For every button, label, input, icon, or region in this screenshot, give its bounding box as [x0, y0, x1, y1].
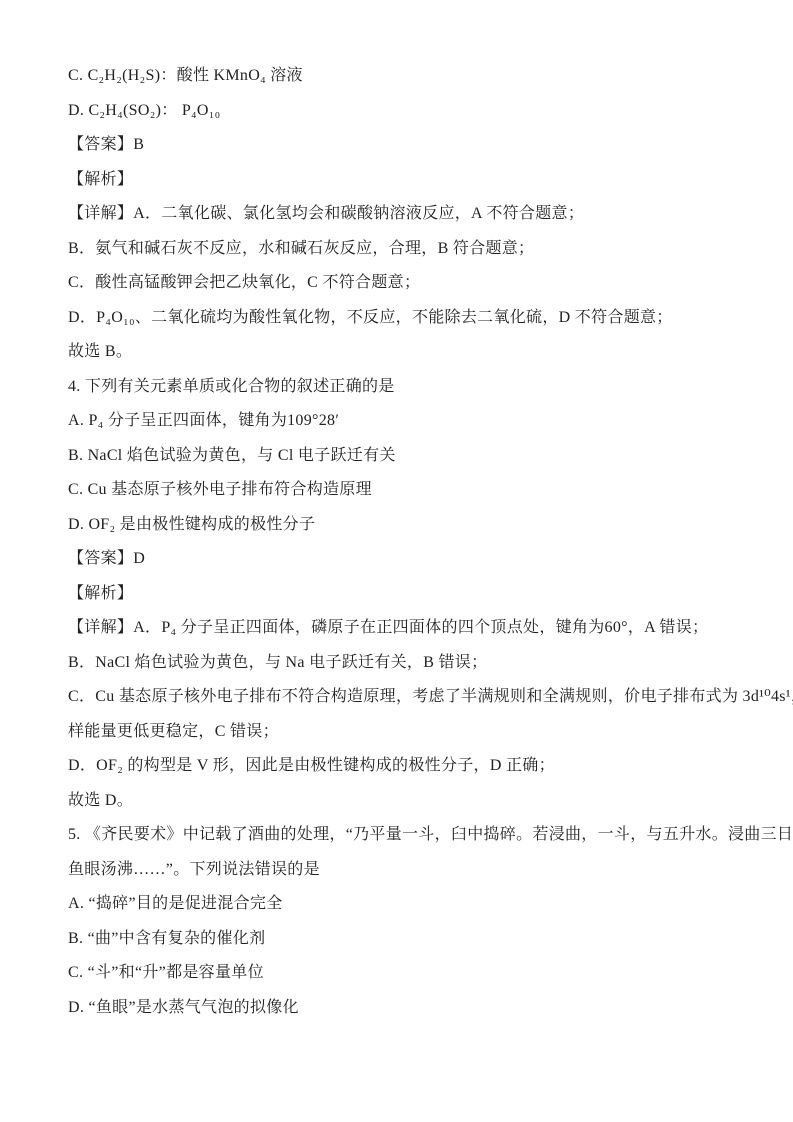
question-line: 5. 《齐民要术》中记载了酒曲的处理，“乃平量一斗，臼中捣碎。若浸曲，一斗，与五…: [68, 818, 753, 853]
conclusion-line: 故选 B。: [68, 335, 753, 370]
option-line: C. Cu 基态原子核外电子排布符合构造原理: [68, 473, 753, 508]
option-line: A. P₄ 分子呈正四面体，键角为109°28′: [68, 404, 753, 439]
analysis-label-line: 【解析】: [68, 163, 753, 198]
option-line: C. “斗”和“升”都是容量单位: [68, 956, 753, 991]
question-line: 鱼眼汤沸……”。下列说法错误的是: [68, 853, 753, 888]
option-line: B. “曲”中含有复杂的催化剂: [68, 922, 753, 957]
answer-line: 【答案】B: [68, 128, 753, 163]
analysis-line: B．氨气和碱石灰不反应，水和碱石灰反应，合理，B 符合题意；: [68, 232, 753, 267]
option-line: A. “捣碎”目的是促进混合完全: [68, 887, 753, 922]
analysis-label-line: 【解析】: [68, 577, 753, 612]
exam-document-page: C. C₂H₂(H₂S)：酸性 KMnO₄ 溶液D. C₂H₄(SO₂)： P₄…: [0, 0, 793, 1122]
option-line: D. OF₂ 是由极性键构成的极性分子: [68, 508, 753, 543]
document-body: C. C₂H₂(H₂S)：酸性 KMnO₄ 溶液D. C₂H₄(SO₂)： P₄…: [68, 59, 753, 1025]
analysis-line: 【详解】A．二氧化碳、氯化氢均会和碳酸钠溶液反应，A 不符合题意；: [68, 197, 753, 232]
answer-line: 【答案】D: [68, 542, 753, 577]
analysis-line: 样能量更低更稳定，C 错误；: [68, 715, 753, 750]
question-line: 4. 下列有关元素单质或化合物的叙述正确的是: [68, 370, 753, 405]
conclusion-line: 故选 D。: [68, 784, 753, 819]
option-line: C. C₂H₂(H₂S)：酸性 KMnO₄ 溶液: [68, 59, 753, 94]
analysis-line: C．Cu 基态原子核外电子排布不符合构造原理，考虑了半满规则和全满规则，价电子排…: [68, 680, 753, 715]
option-line: D. C₂H₄(SO₂)： P₄O₁₀: [68, 94, 753, 129]
analysis-line: D．P₄O₁₀、二氧化硫均为酸性氧化物，不反应，不能除去二氧化硫，D 不符合题意…: [68, 301, 753, 336]
analysis-line: D．OF₂ 的构型是 V 形，因此是由极性键构成的极性分子，D 正确；: [68, 749, 753, 784]
analysis-line: C．酸性高锰酸钾会把乙炔氧化，C 不符合题意；: [68, 266, 753, 301]
analysis-line: B．NaCl 焰色试验为黄色，与 Na 电子跃迁有关，B 错误；: [68, 646, 753, 681]
analysis-line: 【详解】A．P₄ 分子呈正四面体，磷原子在正四面体的四个顶点处，键角为60°，A…: [68, 611, 753, 646]
option-line: B. NaCl 焰色试验为黄色，与 Cl 电子跃迁有关: [68, 439, 753, 474]
option-line: D. “鱼眼”是水蒸气气泡的拟像化: [68, 991, 753, 1026]
